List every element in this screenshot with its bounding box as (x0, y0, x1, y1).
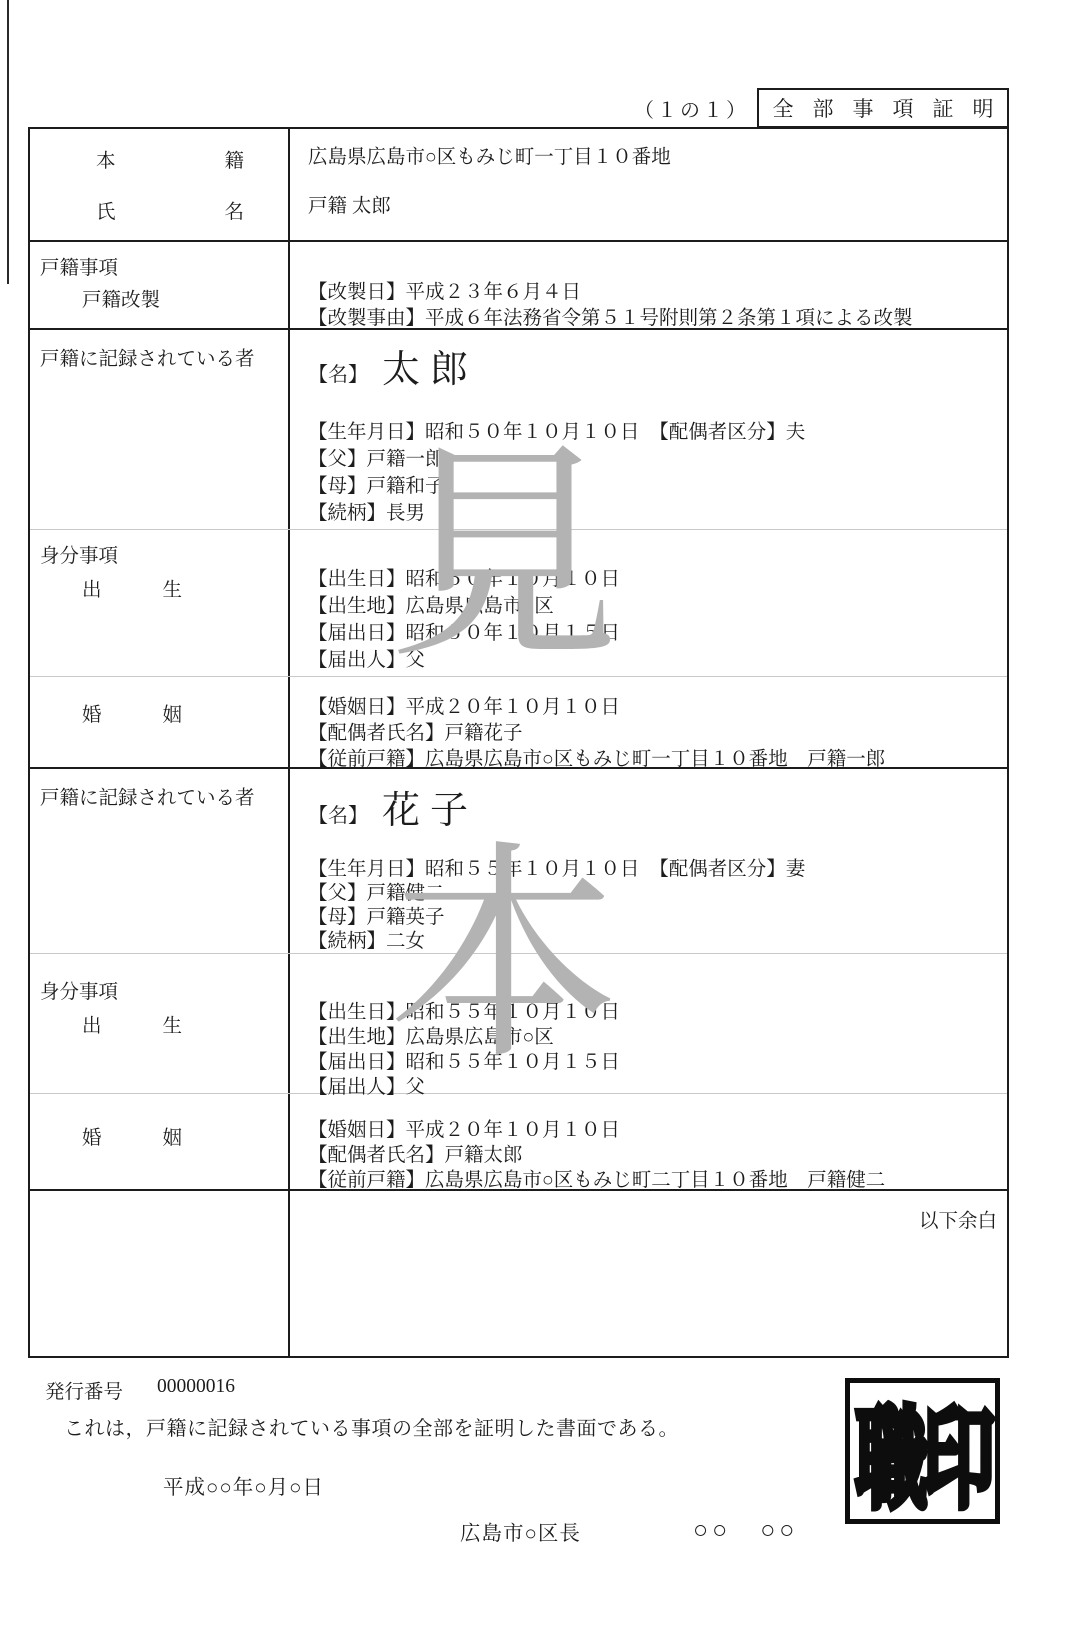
birth-place-line: 【出生地】広島県広島市○区 (308, 1025, 999, 1050)
kaisei-date-line: 【改製日】平成２３年６月４日 (308, 280, 999, 306)
person2-marriage-content: 【婚姻日】平成２０年１０月１０日 【配偶者氏名】戸籍太郎 【従前戸籍】広島県広島… (290, 1094, 1007, 1189)
person2-name: 花子 (382, 789, 478, 833)
register-table: 本 籍 氏 名 広島県広島市○区もみじ町一丁目１０番地 戸籍 太郎 戸籍事項 戸… (28, 127, 1009, 1358)
person1-relation-line: 【続柄】長男 (308, 500, 999, 527)
person2-content: 【名】 花子 【生年月日】昭和５５年１０月１０日 【配偶者区分】妻 【父】戸籍健… (290, 769, 1007, 953)
koseki-certificate-page: （１の１） 全部事項証明 本 籍 氏 名 広島県広島市○区もみじ町一丁目１０番地… (0, 0, 1080, 1652)
koseki-jiko-content: 【改製日】平成２３年６月４日 【改製事由】平成６年法務省令第５１号附則第２条第１… (290, 242, 1007, 328)
birth-place-line: 【出生地】広島県広島市○区 (308, 593, 999, 620)
shimei-label: 氏 名 (96, 196, 244, 224)
person2-header-cell: 戸籍に記録されている者 (30, 769, 290, 953)
person1-content: 【名】 太郎 【生年月日】昭和５０年１０月１０日 【配偶者区分】夫 【父】戸籍一… (290, 330, 1007, 529)
person2-name-line: 【名】 花子 (308, 789, 999, 833)
person2-header: 戸籍に記録されている者 (40, 782, 288, 810)
koseki-jiko-labels: 戸籍事項 戸籍改製 (30, 242, 290, 328)
row-person2: 戸籍に記録されている者 【名】 花子 【生年月日】昭和５５年１０月１０日 【配偶… (30, 767, 1007, 953)
reporter-line: 【届出人】父 (308, 647, 999, 674)
remainder-cell: 以下余白 (290, 1191, 1007, 1356)
issue-date: 平成○○年○月○日 (163, 1470, 324, 1500)
former-register-line: 【従前戸籍】広島県広島市○区もみじ町二丁目１０番地 戸籍健二 (308, 1168, 999, 1193)
row-person1-birth: 身分事項 出 生 【出生日】昭和５０年１０月１０日 【出生地】広島県広島市○区 … (30, 529, 1007, 676)
person2-birthdate-line: 【生年月日】昭和５５年１０月１０日 【配偶者区分】妻 (308, 858, 999, 882)
person1-birth-content: 【出生日】昭和５０年１０月１０日 【出生地】広島県広島市○区 【届出日】昭和５０… (290, 530, 1007, 676)
remainder-note: 以下余白 (308, 1209, 997, 1235)
person1-father-line: 【父】戸籍一郎 (308, 446, 999, 473)
issuer-title: 広島市○区長 (460, 1516, 581, 1546)
person1-detail-lines: 【生年月日】昭和５０年１０月１０日 【配偶者区分】夫 【父】戸籍一郎 【母】戸籍… (308, 419, 999, 527)
koseki-kaisei-label: 戸籍改製 (40, 284, 288, 312)
marriage-date-line: 【婚姻日】平成２０年１０月１０日 (308, 1118, 999, 1143)
marriage-date-line: 【婚姻日】平成２０年１０月１０日 (308, 695, 999, 721)
person2-father-line: 【父】戸籍健二 (308, 882, 999, 906)
certificate-type-box: 全部事項証明 (757, 88, 1009, 128)
person2-birth-content: 【出生日】昭和５５年１０月１０日 【出生地】広島県広島市○区 【届出日】昭和５５… (290, 954, 1007, 1093)
birth-label: 出 生 (82, 1010, 182, 1038)
person2-relation-line: 【続柄】二女 (308, 930, 999, 954)
report-date-line: 【届出日】昭和５０年１０月１５日 (308, 620, 999, 647)
issue-number-row: 発行番号 00000016 (45, 1376, 235, 1404)
page-indicator: （１の１） (634, 94, 749, 123)
issuer-name: ○○ ○○ (693, 1510, 798, 1546)
seal-stamp-text: 職印 (855, 1378, 989, 1524)
person1-name: 太郎 (382, 348, 478, 392)
row-person2-birth: 身分事項 出 生 【出生日】昭和５５年１０月１０日 【出生地】広島県広島市○区 … (30, 953, 1007, 1093)
birth-label: 出 生 (82, 574, 182, 602)
honseki-label: 本 籍 (96, 145, 244, 173)
document-header: （１の１） 全部事項証明 (28, 88, 1009, 128)
row-honseki-shimei: 本 籍 氏 名 広島県広島市○区もみじ町一丁目１０番地 戸籍 太郎 (30, 129, 1007, 240)
certification-sentence: これは，戸籍に記録されている事項の全部を証明した書面である。 (64, 1412, 679, 1441)
person1-marriage-label-cell: 婚 姻 (30, 677, 290, 767)
shimei-value: 戸籍 太郎 (308, 194, 999, 220)
person1-mother-line: 【母】戸籍和子 (308, 473, 999, 500)
official-seal-stamp: 職印 (845, 1378, 1000, 1524)
person1-header-cell: 戸籍に記録されている者 (30, 330, 290, 529)
status-label: 身分事項 (40, 540, 288, 568)
honseki-shimei-labels: 本 籍 氏 名 (30, 129, 290, 240)
person1-birthdate-line: 【生年月日】昭和５０年１０月１０日 【配偶者区分】夫 (308, 419, 999, 446)
report-date-line: 【届出日】昭和５５年１０月１５日 (308, 1050, 999, 1075)
row-koseki-jiko: 戸籍事項 戸籍改製 【改製日】平成２３年６月４日 【改製事由】平成６年法務省令第… (30, 240, 1007, 328)
name-label: 【名】 (308, 799, 368, 833)
person2-status-labels: 身分事項 出 生 (30, 954, 290, 1093)
person2-mother-line: 【母】戸籍英子 (308, 906, 999, 930)
row-person1: 戸籍に記録されている者 【名】 太郎 【生年月日】昭和５０年１０月１０日 【配偶… (30, 328, 1007, 529)
row-person2-marriage: 婚 姻 【婚姻日】平成２０年１０月１０日 【配偶者氏名】戸籍太郎 【従前戸籍】広… (30, 1093, 1007, 1189)
spouse-name-line: 【配偶者氏名】戸籍花子 (308, 721, 999, 747)
person2-marriage-label-cell: 婚 姻 (30, 1094, 290, 1189)
person2-detail-lines: 【生年月日】昭和５５年１０月１０日 【配偶者区分】妻 【父】戸籍健二 【母】戸籍… (308, 858, 999, 954)
honseki-value: 広島県広島市○区もみじ町一丁目１０番地 (308, 145, 999, 171)
person1-marriage-content: 【婚姻日】平成２０年１０月１０日 【配偶者氏名】戸籍花子 【従前戸籍】広島県広島… (290, 677, 1007, 767)
issue-number-label: 発行番号 (45, 1376, 123, 1404)
honseki-shimei-values: 広島県広島市○区もみじ町一丁目１０番地 戸籍 太郎 (290, 129, 1007, 240)
issue-number-value: 00000016 (157, 1376, 235, 1404)
person1-name-line: 【名】 太郎 (308, 348, 999, 392)
marriage-label: 婚 姻 (82, 1122, 182, 1150)
row-person1-marriage: 婚 姻 【婚姻日】平成２０年１０月１０日 【配偶者氏名】戸籍花子 【従前戸籍】広… (30, 676, 1007, 767)
name-label: 【名】 (308, 358, 368, 392)
remainder-empty-cell (30, 1191, 290, 1356)
birth-date-line: 【出生日】昭和５５年１０月１０日 (308, 1000, 999, 1025)
person1-header: 戸籍に記録されている者 (40, 343, 288, 371)
page-edge-line (7, 0, 9, 284)
marriage-label: 婚 姻 (82, 699, 182, 727)
birth-date-line: 【出生日】昭和５０年１０月１０日 (308, 566, 999, 593)
koseki-jiko-label: 戸籍事項 (40, 252, 288, 280)
row-remainder: 以下余白 (30, 1189, 1007, 1356)
status-label: 身分事項 (40, 976, 288, 1004)
spouse-name-line: 【配偶者氏名】戸籍太郎 (308, 1143, 999, 1168)
person1-status-labels: 身分事項 出 生 (30, 530, 290, 676)
kaisei-reason-line: 【改製事由】平成６年法務省令第５１号附則第２条第１項による改製 (308, 306, 999, 332)
